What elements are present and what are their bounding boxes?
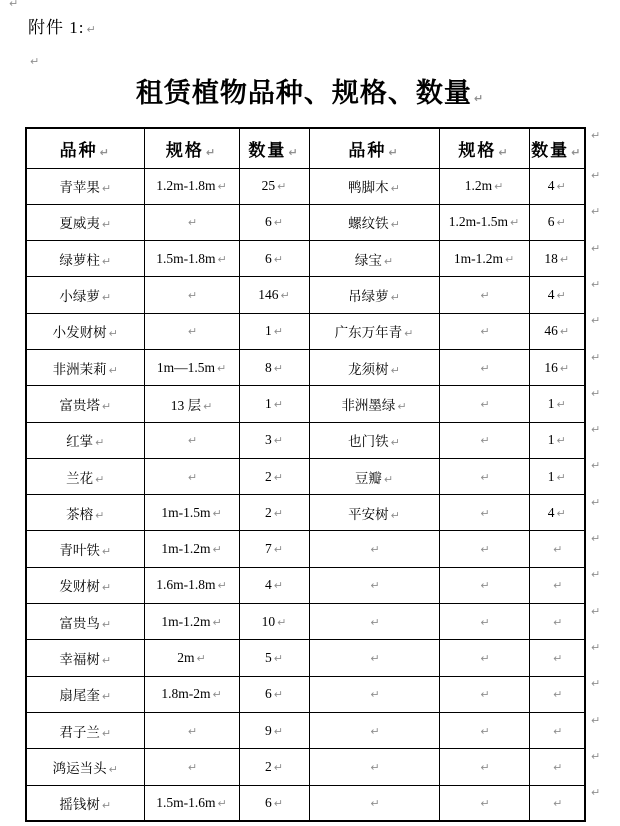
cell-text: 1m-1.2m bbox=[161, 614, 210, 629]
pilcrow-mark: ↵ bbox=[288, 146, 299, 159]
cell-text: 6 bbox=[265, 251, 272, 266]
table-cell: ↵ bbox=[144, 422, 239, 458]
pilcrow-mark: ↵ bbox=[480, 434, 489, 447]
cell-text: 1.5m-1.6m bbox=[156, 795, 215, 810]
table-cell: 6↵ bbox=[239, 204, 309, 240]
pilcrow-mark: ↵ bbox=[391, 218, 400, 231]
pilcrow-mark: ↵ bbox=[274, 579, 283, 592]
row-end-pilcrow: ↵ bbox=[591, 206, 600, 217]
table-cell: ↵ bbox=[309, 676, 439, 712]
table-cell: ↵ bbox=[529, 712, 585, 748]
cell-text: 摇钱树 bbox=[59, 797, 100, 812]
pilcrow-mark: ↵ bbox=[370, 725, 379, 738]
table-cell: 1↵ bbox=[529, 422, 585, 458]
row-end-pilcrow: ↵ bbox=[591, 678, 600, 689]
row-end-pilcrow: ↵ bbox=[591, 533, 600, 544]
table-cell: ↵ bbox=[309, 640, 439, 676]
pilcrow-mark: ↵ bbox=[480, 398, 489, 411]
header-text: 品种 bbox=[60, 141, 98, 160]
table-cell: ↵ bbox=[529, 531, 585, 567]
table-cell: 1↵ bbox=[239, 313, 309, 349]
table-cell: 豆瓣↵ bbox=[309, 458, 439, 494]
table-cell: 鸭脚木↵ bbox=[309, 168, 439, 204]
pilcrow-mark: ↵ bbox=[557, 398, 566, 411]
header-text: 数量 bbox=[531, 141, 569, 160]
pilcrow-mark: ↵ bbox=[274, 471, 283, 484]
table-cell: 4↵ bbox=[529, 277, 585, 313]
table-cell: 7↵ bbox=[239, 531, 309, 567]
pilcrow-mark: ↵ bbox=[109, 364, 118, 377]
pilcrow-mark: ↵ bbox=[557, 289, 566, 302]
cell-text: 1 bbox=[265, 396, 272, 411]
cell-text: 16 bbox=[544, 360, 558, 375]
pilcrow-mark: ↵ bbox=[188, 761, 197, 774]
cell-text: 13 层 bbox=[171, 398, 201, 413]
pilcrow-mark: ↵ bbox=[188, 325, 197, 338]
pilcrow-mark: ↵ bbox=[212, 616, 221, 629]
pilcrow-mark: ↵ bbox=[480, 761, 489, 774]
pilcrow-mark: ↵ bbox=[102, 182, 111, 195]
cell-text: 146 bbox=[258, 287, 278, 302]
pilcrow-mark: ↵ bbox=[218, 180, 227, 193]
pilcrow-mark: ↵ bbox=[391, 436, 400, 449]
cell-text: 红掌 bbox=[66, 434, 93, 449]
pilcrow-mark: ↵ bbox=[274, 398, 283, 411]
pilcrow-mark: ↵ bbox=[384, 473, 393, 486]
pilcrow-mark: ↵ bbox=[388, 146, 399, 159]
pilcrow-mark: ↵ bbox=[494, 180, 503, 193]
table-cell: 青叶铁↵ bbox=[26, 531, 144, 567]
table-cell: ↵ bbox=[439, 458, 529, 494]
pilcrow-mark: ↵ bbox=[102, 255, 111, 268]
pilcrow-mark: ↵ bbox=[370, 616, 379, 629]
pilcrow-mark: ↵ bbox=[370, 761, 379, 774]
pilcrow-mark: ↵ bbox=[102, 654, 111, 667]
row-end-pilcrow: ↵ bbox=[591, 569, 600, 580]
pilcrow-mark: ↵ bbox=[480, 725, 489, 738]
table-cell: 茶榕↵ bbox=[26, 495, 144, 531]
table-cell: ↵ bbox=[439, 749, 529, 785]
table-cell: 16↵ bbox=[529, 349, 585, 385]
table-cell: 小发财树↵ bbox=[26, 313, 144, 349]
pilcrow-mark: ↵ bbox=[102, 218, 111, 231]
table-cell: ↵ bbox=[144, 712, 239, 748]
table-row: 茶榕↵ 1m-1.5m↵ 2↵ 平安树↵ ↵ 4↵ bbox=[26, 495, 585, 531]
table-cell: ↵ bbox=[439, 676, 529, 712]
table-cell: ↵ bbox=[309, 567, 439, 603]
cell-text: 9 bbox=[265, 723, 272, 738]
pilcrow-mark: ↵ bbox=[86, 23, 96, 36]
table-cell: ↵ bbox=[529, 640, 585, 676]
pilcrow-mark: ↵ bbox=[480, 507, 489, 520]
table-cell: ↵ bbox=[144, 313, 239, 349]
pilcrow-mark: ↵ bbox=[480, 543, 489, 556]
pilcrow-mark: ↵ bbox=[370, 579, 379, 592]
pilcrow-mark: ↵ bbox=[480, 289, 489, 302]
pilcrow-mark: ↵ bbox=[218, 579, 227, 592]
row-end-pilcrow: ↵ bbox=[591, 787, 600, 798]
table-row: 小绿萝↵ ↵ 146↵ 吊绿萝↵ ↵ 4↵ bbox=[26, 277, 585, 313]
table-cell: 夏威夷↵ bbox=[26, 204, 144, 240]
table-cell: ↵ bbox=[439, 567, 529, 603]
header-cell-spec-left: 规格↵ bbox=[144, 128, 239, 168]
table-cell: 10↵ bbox=[239, 604, 309, 640]
table-cell: 发财树↵ bbox=[26, 567, 144, 603]
pilcrow-mark: ↵ bbox=[274, 362, 283, 375]
table-cell: ↵ bbox=[309, 749, 439, 785]
cell-text: 豆瓣 bbox=[355, 471, 382, 486]
cell-text: 10 bbox=[262, 614, 276, 629]
pilcrow-mark: ↵ bbox=[480, 797, 489, 810]
pilcrow-mark: ↵ bbox=[197, 652, 206, 665]
table-cell: 1.5m-1.8m↵ bbox=[144, 241, 239, 277]
pilcrow-mark: ↵ bbox=[553, 725, 562, 738]
table-cell: 5↵ bbox=[239, 640, 309, 676]
table-cell: ↵ bbox=[309, 531, 439, 567]
pilcrow-mark: ↵ bbox=[109, 763, 118, 776]
pilcrow-mark: ↵ bbox=[480, 362, 489, 375]
pilcrow-mark: ↵ bbox=[102, 690, 111, 703]
table-row: 小发财树↵ ↵ 1↵ 广东万年青↵ ↵ 46↵ bbox=[26, 313, 585, 349]
row-end-pilcrow: ↵ bbox=[591, 642, 600, 653]
pilcrow-mark: ↵ bbox=[102, 291, 111, 304]
table-cell: ↵ bbox=[309, 785, 439, 821]
row-end-pilcrow: ↵ bbox=[591, 130, 600, 141]
row-end-pilcrow: ↵ bbox=[591, 751, 600, 762]
pilcrow-mark: ↵ bbox=[557, 507, 566, 520]
cell-text: 4 bbox=[548, 505, 555, 520]
cell-text: 7 bbox=[265, 541, 272, 556]
table-cell: 4↵ bbox=[239, 567, 309, 603]
table-cell: 1.2m-1.5m↵ bbox=[439, 204, 529, 240]
pilcrow-mark: ↵ bbox=[553, 797, 562, 810]
cell-text: 1.8m-2m bbox=[161, 686, 210, 701]
table-cell: 6↵ bbox=[239, 676, 309, 712]
pilcrow-mark: ↵ bbox=[274, 688, 283, 701]
pilcrow-mark: ↵ bbox=[553, 543, 562, 556]
table-cell: 146↵ bbox=[239, 277, 309, 313]
table-cell: 兰花↵ bbox=[26, 458, 144, 494]
cell-text: 2m bbox=[177, 650, 194, 665]
table-cell: 6↵ bbox=[529, 204, 585, 240]
cell-text: 6 bbox=[265, 686, 272, 701]
pilcrow-mark: ↵ bbox=[370, 688, 379, 701]
table-cell: ↵ bbox=[439, 349, 529, 385]
pilcrow-mark: ↵ bbox=[557, 471, 566, 484]
table-cell: 6↵ bbox=[239, 241, 309, 277]
table-row: 青叶铁↵ 1m-1.2m↵ 7↵ ↵ ↵ ↵ bbox=[26, 531, 585, 567]
pilcrow-mark: ↵ bbox=[498, 146, 509, 159]
pilcrow-mark: ↵ bbox=[277, 616, 286, 629]
pilcrow-mark: ↵ bbox=[274, 652, 283, 665]
table-cell: ↵ bbox=[144, 749, 239, 785]
cell-text: 2 bbox=[265, 469, 272, 484]
table-cell: 平安树↵ bbox=[309, 495, 439, 531]
pilcrow-mark: ↵ bbox=[188, 471, 197, 484]
cell-text: 吊绿萝 bbox=[348, 289, 389, 304]
attachment-label: 附件 1:↵ bbox=[28, 13, 97, 38]
cell-text: 4 bbox=[265, 577, 272, 592]
table-cell: ↵ bbox=[439, 386, 529, 422]
table-header: 品种↵ 规格↵ 数量↵ 品种↵ 规格↵ 数量↵ bbox=[26, 128, 585, 168]
table-cell: 红掌↵ bbox=[26, 422, 144, 458]
cell-text: 3 bbox=[265, 432, 272, 447]
cell-text: 2 bbox=[265, 759, 272, 774]
row-end-pilcrow: ↵ bbox=[591, 388, 600, 399]
pilcrow-mark: ↵ bbox=[274, 216, 283, 229]
pilcrow-mark: ↵ bbox=[480, 471, 489, 484]
row-end-pilcrow: ↵ bbox=[591, 279, 600, 290]
pilcrow-mark: ↵ bbox=[212, 507, 221, 520]
row-end-pilcrow: ↵ bbox=[591, 170, 600, 181]
header-cell-qty-left: 数量↵ bbox=[239, 128, 309, 168]
cell-text: 绿萝柱 bbox=[59, 253, 100, 268]
pilcrow-mark: ↵ bbox=[218, 797, 227, 810]
table-cell: 富贵塔↵ bbox=[26, 386, 144, 422]
cell-text: 2 bbox=[265, 505, 272, 520]
pilcrow-mark: ↵ bbox=[510, 216, 519, 229]
table-cell: 1↵ bbox=[239, 386, 309, 422]
table-cell: 1↵ bbox=[529, 458, 585, 494]
cell-text: 25 bbox=[262, 178, 276, 193]
cell-text: 1.6m-1.8m bbox=[156, 577, 215, 592]
table-cell: 25↵ bbox=[239, 168, 309, 204]
table-cell: 1m-1.2m↵ bbox=[144, 604, 239, 640]
pilcrow-mark: ↵ bbox=[505, 253, 514, 266]
pilcrow-mark: ↵ bbox=[391, 509, 400, 522]
table-cell: 非洲茉莉↵ bbox=[26, 349, 144, 385]
pilcrow-mark: ↵ bbox=[274, 325, 283, 338]
table-cell: 9↵ bbox=[239, 712, 309, 748]
cell-text: 1.2m-1.8m bbox=[156, 178, 215, 193]
table-cell: 1m-1.5m↵ bbox=[144, 495, 239, 531]
cell-text: 发财树 bbox=[59, 579, 100, 594]
pilcrow-mark: ↵ bbox=[557, 434, 566, 447]
header-row: 品种↵ 规格↵ 数量↵ 品种↵ 规格↵ 数量↵ bbox=[26, 128, 585, 168]
table-cell: ↵ bbox=[144, 277, 239, 313]
pilcrow-mark: ↵ bbox=[560, 325, 569, 338]
pilcrow-mark: ↵ bbox=[206, 146, 217, 159]
table-cell: 幸福树↵ bbox=[26, 640, 144, 676]
table-cell: 2↵ bbox=[239, 749, 309, 785]
table-row: 富贵塔↵ 13 层↵ 1↵ 非洲墨绿↵ ↵ 1↵ bbox=[26, 386, 585, 422]
pilcrow-mark: ↵ bbox=[218, 253, 227, 266]
pilcrow-mark: ↵ bbox=[391, 291, 400, 304]
table-cell: 龙须树↵ bbox=[309, 349, 439, 385]
row-end-pilcrow: ↵ bbox=[591, 715, 600, 726]
table-row: 非洲茉莉↵ 1m—1.5m↵ 8↵ 龙须树↵ ↵ 16↵ bbox=[26, 349, 585, 385]
pilcrow-mark: ↵ bbox=[480, 652, 489, 665]
pilcrow-mark: ↵ bbox=[212, 543, 221, 556]
row-end-pilcrow: ↵ bbox=[591, 424, 600, 435]
cell-text: 广东万年青 bbox=[335, 325, 403, 340]
table-cell: 君子兰↵ bbox=[26, 712, 144, 748]
pilcrow-mark: ↵ bbox=[95, 509, 104, 522]
table-cell: 吊绿萝↵ bbox=[309, 277, 439, 313]
table-row: 富贵鸟↵ 1m-1.2m↵ 10↵ ↵ ↵ ↵ bbox=[26, 604, 585, 640]
pilcrow-mark: ↵ bbox=[474, 92, 484, 105]
table-cell: 鸿运当头↵ bbox=[26, 749, 144, 785]
cell-text: 8 bbox=[265, 360, 272, 375]
pilcrow-mark: ↵ bbox=[188, 725, 197, 738]
header-cell-spec-right: 规格↵ bbox=[439, 128, 529, 168]
table-cell: 13 层↵ bbox=[144, 386, 239, 422]
row-end-pilcrow: ↵ bbox=[591, 460, 600, 471]
cell-text: 平安树 bbox=[348, 507, 389, 522]
table-cell: 4↵ bbox=[529, 168, 585, 204]
table-cell: 4↵ bbox=[529, 495, 585, 531]
pilcrow-mark: ↵ bbox=[102, 618, 111, 631]
cell-text: 富贵塔 bbox=[59, 398, 100, 413]
cell-text: 1 bbox=[265, 323, 272, 338]
pilcrow-mark: ↵ bbox=[391, 364, 400, 377]
cell-text: 非洲墨绿 bbox=[341, 398, 395, 413]
table-cell: 8↵ bbox=[239, 349, 309, 385]
table-row: 君子兰↵ ↵ 9↵ ↵ ↵ ↵ bbox=[26, 712, 585, 748]
table-cell: 1m—1.5m↵ bbox=[144, 349, 239, 385]
header-cell-variety-left: 品种↵ bbox=[26, 128, 144, 168]
pilcrow-mark: ↵ bbox=[274, 434, 283, 447]
table-row: 红掌↵ ↵ 3↵ 也门铁↵ ↵ 1↵ bbox=[26, 422, 585, 458]
table-cell: 2↵ bbox=[239, 458, 309, 494]
pilcrow-mark: ↵ bbox=[557, 180, 566, 193]
table-cell: 扇尾奎↵ bbox=[26, 676, 144, 712]
table-cell: ↵ bbox=[529, 785, 585, 821]
table-cell: ↵ bbox=[144, 204, 239, 240]
cell-text: 龙须树 bbox=[348, 362, 389, 377]
cell-text: 1m—1.5m bbox=[157, 360, 215, 375]
pilcrow-mark: ↵ bbox=[553, 652, 562, 665]
cell-text: 扇尾奎 bbox=[59, 688, 100, 703]
cell-text: 鸿运当头 bbox=[53, 761, 107, 776]
cell-text: 1.2m bbox=[465, 178, 492, 193]
pilcrow-mark: ↵ bbox=[553, 579, 562, 592]
cell-text: 茶榕 bbox=[66, 507, 93, 522]
table-cell: 绿萝柱↵ bbox=[26, 241, 144, 277]
pilcrow-mark: ↵ bbox=[391, 182, 400, 195]
table-cell: 摇钱树↵ bbox=[26, 785, 144, 821]
table-row: 青苹果↵ 1.2m-1.8m↵ 25↵ 鸭脚木↵ 1.2m↵ 4↵ bbox=[26, 168, 585, 204]
pilcrow-mark: ↵ bbox=[274, 507, 283, 520]
table-cell: 2m↵ bbox=[144, 640, 239, 676]
table-cell: ↵ bbox=[439, 604, 529, 640]
cell-text: 5 bbox=[265, 650, 272, 665]
table-row: 夏威夷↵ ↵ 6↵ 螺纹铁↵ 1.2m-1.5m↵ 6↵ bbox=[26, 204, 585, 240]
pilcrow-mark: ↵ bbox=[109, 327, 118, 340]
pilcrow-mark: ↵ bbox=[203, 400, 212, 413]
pilcrow-mark: ↵ bbox=[277, 180, 286, 193]
title-text: 租赁植物品种、规格、数量 bbox=[136, 78, 472, 108]
table-cell: ↵ bbox=[439, 640, 529, 676]
pilcrow-mark: ↵ bbox=[480, 616, 489, 629]
page-title: 租赁植物品种、规格、数量↵ bbox=[0, 71, 620, 110]
cell-text: 螺纹铁 bbox=[348, 216, 389, 231]
table-cell: 1.8m-2m↵ bbox=[144, 676, 239, 712]
header-text: 数量 bbox=[248, 141, 286, 160]
attachment-text: 附件 1: bbox=[28, 18, 84, 37]
cell-text: 幸福树 bbox=[59, 652, 100, 667]
cell-text: 青叶铁 bbox=[59, 543, 100, 558]
cell-text: 1.2m-1.5m bbox=[449, 214, 508, 229]
pilcrow-mark: ↵ bbox=[188, 434, 197, 447]
pilcrow-mark: ↵ bbox=[95, 473, 104, 486]
cell-text: 6 bbox=[265, 795, 272, 810]
cell-text: 1 bbox=[548, 432, 555, 447]
cell-text: 小发财树 bbox=[53, 325, 107, 340]
pilcrow-mark: ↵ bbox=[480, 688, 489, 701]
header-text: 规格 bbox=[458, 141, 496, 160]
table-cell: ↵ bbox=[309, 604, 439, 640]
table-cell: 1↵ bbox=[529, 386, 585, 422]
pilcrow-mark: ↵ bbox=[102, 799, 111, 812]
row-end-pilcrow: ↵ bbox=[591, 606, 600, 617]
cell-text: 小绿萝 bbox=[59, 289, 100, 304]
cell-text: 君子兰 bbox=[59, 725, 100, 740]
cell-text: 1m-1.2m bbox=[161, 541, 210, 556]
table-row: 绿萝柱↵ 1.5m-1.8m↵ 6↵ 绿宝↵ 1m-1.2m↵ 18↵ bbox=[26, 241, 585, 277]
row-end-pilcrow: ↵ bbox=[591, 315, 600, 326]
table-cell: 1.2m↵ bbox=[439, 168, 529, 204]
pilcrow-mark: ↵ bbox=[553, 616, 562, 629]
table-row: 发财树↵ 1.6m-1.8m↵ 4↵ ↵ ↵ ↵ bbox=[26, 567, 585, 603]
cell-text: 46 bbox=[544, 323, 558, 338]
pilcrow-mark: ↵ bbox=[212, 688, 221, 701]
pilcrow-mark: ↵ bbox=[370, 543, 379, 556]
cell-text: 青苹果 bbox=[59, 180, 100, 195]
header-cell-qty-right: 数量↵ bbox=[529, 128, 585, 168]
table-cell: 富贵鸟↵ bbox=[26, 604, 144, 640]
cell-text: 18 bbox=[544, 251, 558, 266]
cell-text: 6 bbox=[548, 214, 555, 229]
table-row: 幸福树↵ 2m↵ 5↵ ↵ ↵ ↵ bbox=[26, 640, 585, 676]
pilcrow-mark: ↵ bbox=[274, 253, 283, 266]
table-cell: 1.5m-1.6m↵ bbox=[144, 785, 239, 821]
row-end-pilcrow: ↵ bbox=[591, 352, 600, 363]
table-row: 摇钱树↵ 1.5m-1.6m↵ 6↵ ↵ ↵ ↵ bbox=[26, 785, 585, 821]
pilcrow-mark: ↵ bbox=[188, 216, 197, 229]
table-cell: 1.6m-1.8m↵ bbox=[144, 567, 239, 603]
table-cell: ↵ bbox=[439, 313, 529, 349]
table-cell: 3↵ bbox=[239, 422, 309, 458]
header-cell-variety-right: 品种↵ bbox=[309, 128, 439, 168]
table-cell: ↵ bbox=[529, 567, 585, 603]
document-page: ↵ 附件 1:↵ ↵ 租赁植物品种、规格、数量↵ 品种↵ 规格↵ 数量↵ 品种↵… bbox=[0, 0, 620, 826]
table-cell: 6↵ bbox=[239, 785, 309, 821]
pilcrow-mark: ↵ bbox=[95, 436, 104, 449]
table-cell: ↵ bbox=[439, 531, 529, 567]
pilcrow-mark: ↵ bbox=[9, 0, 18, 9]
table-cell: ↵ bbox=[309, 712, 439, 748]
table-cell: 螺纹铁↵ bbox=[309, 204, 439, 240]
table-row: 扇尾奎↵ 1.8m-2m↵ 6↵ ↵ ↵ ↵ bbox=[26, 676, 585, 712]
table-cell: ↵ bbox=[439, 712, 529, 748]
pilcrow-mark: ↵ bbox=[30, 56, 39, 67]
table-row: 兰花↵ ↵ 2↵ 豆瓣↵ ↵ 1↵ bbox=[26, 458, 585, 494]
pilcrow-mark: ↵ bbox=[557, 216, 566, 229]
table-cell: 绿宝↵ bbox=[309, 241, 439, 277]
pilcrow-mark: ↵ bbox=[384, 255, 393, 268]
pilcrow-mark: ↵ bbox=[571, 146, 582, 159]
row-end-pilcrow: ↵ bbox=[591, 497, 600, 508]
table-body: 青苹果↵ 1.2m-1.8m↵ 25↵ 鸭脚木↵ 1.2m↵ 4↵ 夏威夷↵ ↵… bbox=[26, 168, 585, 821]
table-cell: ↵ bbox=[439, 277, 529, 313]
cell-text: 兰花 bbox=[66, 471, 93, 486]
pilcrow-mark: ↵ bbox=[560, 362, 569, 375]
table-cell: 1.2m-1.8m↵ bbox=[144, 168, 239, 204]
table-cell: 46↵ bbox=[529, 313, 585, 349]
cell-text: 1 bbox=[548, 396, 555, 411]
cell-text: 夏威夷 bbox=[59, 216, 100, 231]
